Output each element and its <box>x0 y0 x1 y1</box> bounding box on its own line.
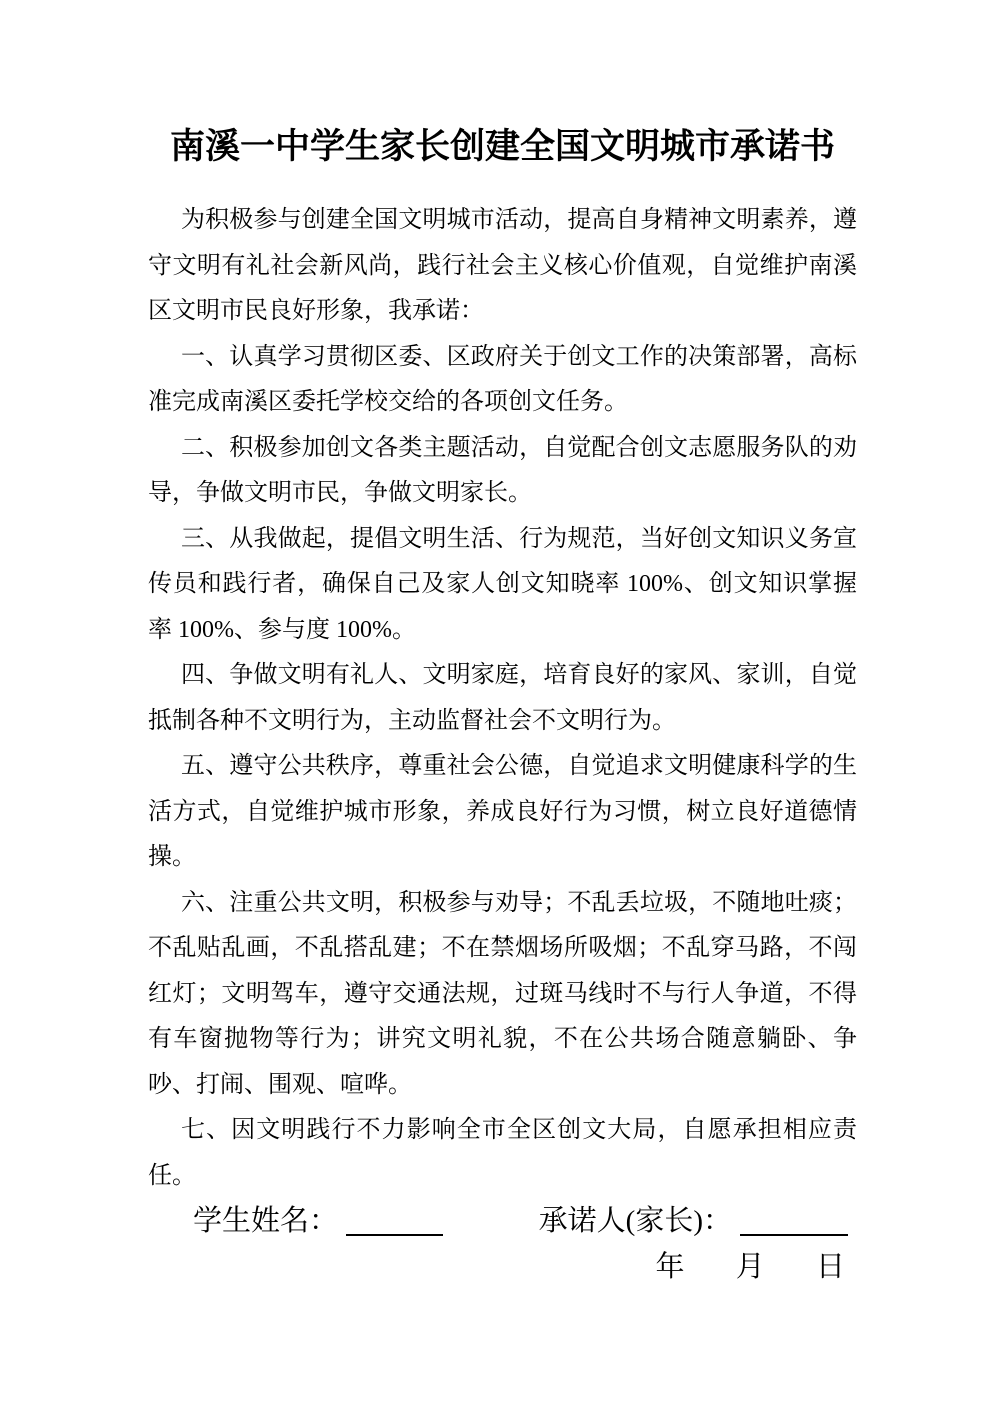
commitment-item-2: 二、积极参加创文各类主题活动，自觉配合创文志愿服务队的劝导，争做文明市民，争做文… <box>148 426 857 517</box>
date-year-label: 年 <box>655 1251 684 1283</box>
promiser-blank-line <box>740 1234 848 1236</box>
commitment-item-3: 三、从我做起，提倡文明生活、行为规范，当好创文知识义务宣传员和践行者，确保自己及… <box>148 517 857 654</box>
student-name-field: 学生姓名： <box>193 1199 443 1245</box>
promiser-label: 承诺人(家长)： <box>539 1205 732 1237</box>
document-title: 南溪一中学生家长创建全国文明城市承诺书 <box>148 122 857 172</box>
commitment-item-1: 一、认真学习贯彻区委、区政府关于创文工作的决策部署，高标准完成南溪区委托学校交给… <box>148 335 857 426</box>
signature-row: 学生姓名： 承诺人(家长)： <box>148 1199 857 1245</box>
commitment-item-5: 五、遵守公共秩序，尊重社会公德，自觉追求文明健康科学的生活方式，自觉维护城市形象… <box>148 744 857 881</box>
commitment-item-7: 七、因文明践行不力影响全市全区创文大局，自愿承担相应责任。 <box>148 1108 857 1199</box>
date-month-label: 月 <box>736 1251 765 1283</box>
student-name-label: 学生姓名： <box>193 1205 338 1237</box>
date-row: 年 月 日 <box>148 1245 857 1291</box>
document-page: 南溪一中学生家长创建全国文明城市承诺书 为积极参与创建全国文明城市活动，提高自身… <box>0 0 1000 1414</box>
intro-paragraph: 为积极参与创建全国文明城市活动，提高自身精神文明素养，遵守文明有礼社会新风尚，践… <box>148 198 857 335</box>
date-day-label: 日 <box>816 1251 845 1283</box>
student-name-blank-line <box>346 1234 443 1236</box>
commitment-item-6: 六、注重公共文明，积极参与劝导；不乱丢垃圾，不随地吐痰；不乱贴乱画，不乱搭乱建；… <box>148 881 857 1109</box>
promiser-field: 承诺人(家长)： <box>539 1199 848 1245</box>
commitment-item-4: 四、争做文明有礼人、文明家庭，培育良好的家风、家训，自觉抵制各种不文明行为，主动… <box>148 653 857 744</box>
